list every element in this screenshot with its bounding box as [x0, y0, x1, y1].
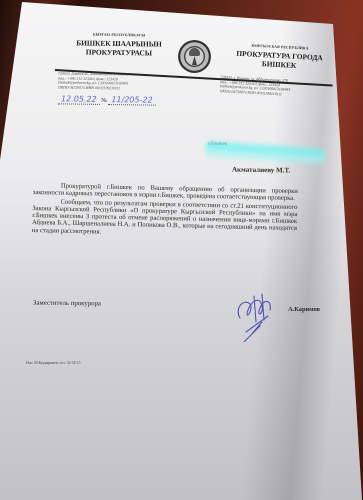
registration-number: 11/205-22	[108, 95, 155, 106]
signer-name: А.Каримов	[288, 306, 320, 313]
body-paragraph: Сообщаем, что по результатам проверки в …	[32, 198, 298, 240]
recipient-name: Акматалиеву М.Т.	[232, 165, 290, 174]
address-left-line: ОКПО 04720074 ИНН 00111199210111	[58, 85, 128, 91]
signer-title: Заместитель прокурора	[33, 300, 101, 308]
header-left-org-line2: ПРОКУРАТУРАСЫ	[64, 48, 174, 58]
registration-date: 12.05.22	[58, 94, 100, 105]
header-left-kyrgyz: КЫРГЫЗ РЕСПУБЛИКАСЫ БИШКЕК ШААРЫНЫН ПРОК…	[64, 32, 174, 58]
document-paper	[0, 0, 363, 500]
executor-note: Исп. М.Кыдырмаев, тел. 32-34-15	[26, 361, 81, 365]
address-block-right: 720033, г. Бишкек, ул. Абдымомунова, 276…	[220, 75, 291, 97]
emblem-bird-icon	[192, 56, 197, 65]
letter-body: Прокуратурой г.Бишкек по Вашему обращени…	[32, 182, 298, 240]
state-emblem-icon	[178, 40, 211, 73]
handwritten-signature-icon	[232, 292, 280, 342]
header-left-country: КЫРГЫЗ РЕСПУБЛИКАСЫ	[64, 32, 174, 38]
emblem-dome-icon	[189, 48, 200, 56]
registration-number-label: №	[101, 98, 107, 104]
address-block-left: 720033, Бишкек ш., Абдымомунов көч., 276…	[58, 72, 129, 91]
registration-line: 12.05.22 № 11/205-22	[58, 94, 156, 104]
